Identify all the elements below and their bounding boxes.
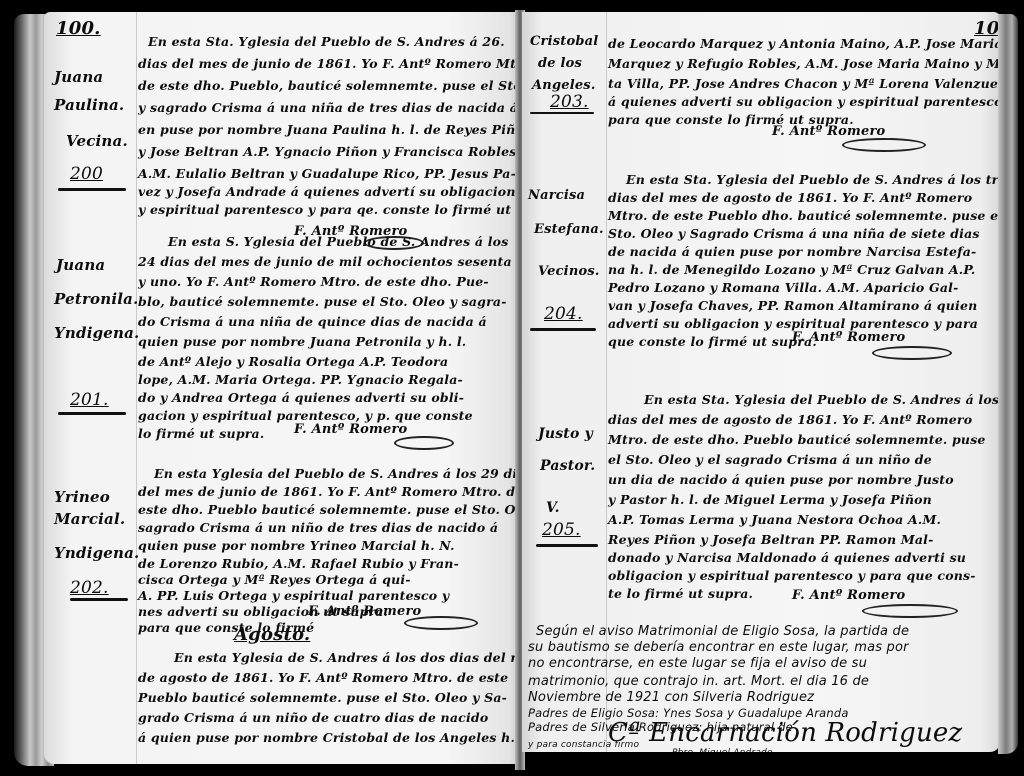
signature-flourish [404,616,478,630]
entry-line: Sto. Oleo y Sagrado Crisma á una niña de… [608,228,980,241]
entry-line: A. PP. Luis Ortega y espiritual parentes… [138,590,449,603]
annotation-line: no encontrarse, en este lugar se fija el… [528,656,867,671]
entry-line: dias del mes de agosto de 1861. Yo F. An… [608,414,972,427]
page-number: 100. [56,18,101,39]
margin-status: Vecinos. [538,264,600,279]
left-page: 100. Juana Paulina. Vecina. 200 En esta … [44,12,518,764]
signature-flourish [842,138,926,152]
margin-name: Marcial. [54,510,125,528]
entry-separator [530,112,594,114]
priest-signature: F. Antº Romero [792,330,905,345]
annotation-line: matrimonio, que contrajo in. art. Mort. … [528,674,869,689]
right-page-stack [998,14,1018,754]
entry-line: blo, bauticé solemnemte. puse el Sto. Ol… [138,296,507,309]
margin-name: de los [538,56,582,71]
margin-status: Yndigena. [54,324,139,342]
entry-line: gacion y espiritual parentesco, y p. que… [138,410,473,423]
margin-name: Narcisa [528,188,585,203]
entry-line: A.M. Eulalio Beltran y Guadalupe Rico, P… [138,168,516,181]
entry-line: En esta Yglesia de S. Andres á los dos d… [174,652,518,665]
margin-name: Petronila. [54,290,139,308]
entry-line: Pedro Lozano y Romana Villa. A.M. Aparic… [608,282,959,295]
margin-name: Justo y [538,426,593,442]
entry-line: de Leocardo Marquez y Antonia Maino, A.P… [608,38,1000,51]
signature-flourish [872,346,952,360]
entry-line: lo firmé ut supra. [138,428,264,441]
entry-line: Pueblo bauticé solemnemte. puse el Sto. … [138,692,507,705]
entry-line: el Sto. Oleo y el sagrado Crisma á un ni… [608,454,932,467]
entry-line: na h. l. de Menegildo Lozano y Mª Cruz G… [608,264,975,277]
entry-line: Marquez y Refugio Robles, A.M. Jose Mari… [608,58,1000,71]
entry-line: en puse por nombre Juana Paulina h. l. d… [138,124,518,137]
entry-line: y Pastor h. l. de Miguel Lerma y Josefa … [608,494,932,507]
margin-status: V. [546,500,560,516]
margin-name: Pastor. [540,458,595,474]
margin-name: Juana [54,68,103,86]
entry-line: á quienes adverti su obligacion y espiri… [608,96,1000,109]
entry-line: de este dho. Pueblo, bauticé solemnemte.… [138,80,518,93]
margin-name: Estefana. [534,222,604,237]
priest-signature: F. Antº Romero [294,422,407,437]
entry-separator [530,328,596,331]
entry-line: grado Crisma á un niño de cuatro dias de… [138,712,488,725]
entry-line: del mes de junio de 1861. Yo F. Antº Rom… [138,486,518,499]
margin-name: Cristobal [530,34,598,49]
entry-line: un dia de nacido á quien puse por nombre… [608,474,954,487]
entry-line: do y Andrea Ortega á quienes adverti su … [138,392,464,405]
entry-line: de nacida á quien puse por nombre Narcis… [608,246,976,259]
entry-line: donado y Narcisa Maldonado á quienes adv… [608,552,966,565]
entry-line: vez y Josefa Andrade á quienes advertí s… [138,186,516,199]
entry-separator [58,412,126,415]
entry-line: á quien puse por nombre Cristobal de los… [138,732,518,745]
entry-line: te lo firmé ut supra. [608,588,753,601]
priest-signature: F. Antº Romero [772,124,885,139]
signature-flourish [394,436,454,450]
entry-line: de Antº Alejo y Rosalia Ortega A.P. Teod… [138,356,448,369]
entry-separator [58,188,126,191]
priest-signature: F. Antº Romero [308,604,421,619]
entry-line: Mtro. de este Pueblo dho. bauticé solemn… [608,210,1000,223]
entry-line: ta Villa, PP. Jose Andres Chacon y Mª Lo… [608,78,1000,91]
entry-line: dias del mes de junio de 1861. Yo F. Ant… [138,58,518,71]
annotation-line: Noviembre de 1921 con Silveria Rodriguez [528,690,814,705]
entry-line: En esta S. Yglesia del Pueblo de S. Andr… [168,236,508,249]
entry-separator [536,544,598,547]
entry-line: obligacion y espiritual parentesco y par… [608,570,976,583]
entry-line: quien puse por nombre Juana Petronila y … [138,336,466,349]
margin-name: Paulina. [54,96,124,114]
margin-status: Yndigena. [54,544,139,562]
record-number: 203. [550,92,589,112]
open-register-book: 100. Juana Paulina. Vecina. 200 En esta … [0,0,1024,776]
margin-name: Yrineo [54,488,110,506]
record-number: 201. [70,390,109,410]
record-number: 205. [542,520,581,540]
annotation-signature: Cª Encarnación Rodriguez [608,718,962,748]
priest-signature: F. Antº Romero [792,588,905,603]
entry-line: y uno. Yo F. Antº Romero Mtro. de este d… [138,276,489,289]
entry-line: 24 dias del mes de junio de mil ochocien… [138,256,512,269]
entry-line: dias del mes de agosto de 1861. Yo F. An… [608,192,972,205]
record-number: 204. [544,304,583,324]
record-number: 200 [70,164,103,184]
entry-line: de agosto de 1861. Yo F. Antº Romero Mtr… [138,672,508,685]
entry-line: este dho. Pueblo bauticé solemnemte. pus… [138,504,518,517]
entry-line: A.P. Tomas Lerma y Juana Nestora Ochoa A… [608,514,941,527]
margin-name: Juana [56,256,105,274]
right-page: 101. Cristobal de los Angeles. 203. de L… [522,12,1000,752]
margin-status: Vecina. [66,132,128,150]
entry-line: de Lorenzo Rubio, A.M. Rafael Rubio y Fr… [138,558,459,571]
entry-line: y Jose Beltran A.P. Ygnacio Piñon y Fran… [138,146,516,159]
entry-line: En esta Sta. Yglesia del Pueblo de S. An… [626,174,1000,187]
entry-line: adverti su obligacion y espiritual paren… [608,318,978,331]
entry-line: En esta Sta. Yglesia del Pueblo de S. An… [148,36,505,49]
annotation-line: Según el aviso Matrimonial de Eligio Sos… [536,624,909,639]
entry-separator [70,598,128,601]
entry-line: do Crisma á una niña de quince dias de n… [138,316,487,329]
entry-line: van y Josefa Chaves, PP. Ramon Altamiran… [608,300,977,313]
margin-name: Angeles. [532,78,596,93]
entry-line: sagrado Crisma á un niño de tres dias de… [138,522,498,535]
entry-line: y espiritual parentesco y para qe. const… [138,204,518,217]
signature-flourish [862,604,958,618]
entry-line: lope, A.M. Maria Ortega. PP. Ygnacio Reg… [138,374,463,387]
entry-line: En esta Sta. Yglesia del Pueblo de S. An… [644,394,1000,407]
entry-line: y sagrado Crisma á una niña de tres dias… [138,102,518,115]
annotation-line: su bautismo se debería encontrar en este… [528,640,909,655]
month-heading: Agosto. [234,624,310,645]
entry-line: cisca Ortega y Mª Reyes Ortega á qui- [138,574,411,587]
entry-line: que conste lo firmé ut supra. [608,336,817,349]
entry-line: En esta Yglesia del Pueblo de S. Andres … [154,468,518,481]
record-number: 202. [70,578,109,598]
entry-line: Reyes Piñon y Josefa Beltran PP. Ramon M… [608,534,934,547]
entry-line: quien puse por nombre Yrineo Marcial h. … [138,540,455,553]
annotation-subscript: Pbro. Miguel Andrade [672,748,773,752]
entry-line: Mtro. de este dho. Pueblo bauticé solemn… [608,434,986,447]
left-margin-rule [136,12,137,764]
